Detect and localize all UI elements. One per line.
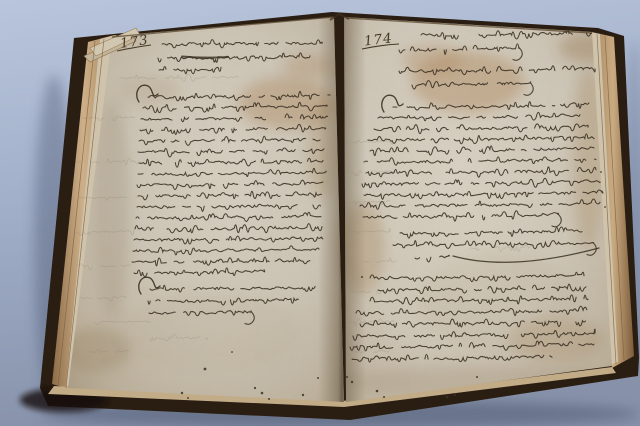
photo-stage: 173 174 [0, 0, 640, 426]
ink-dot [204, 368, 207, 371]
ink-dot [268, 398, 270, 400]
ink-dot [254, 387, 256, 389]
ink-dot [181, 392, 183, 394]
manuscript-photo: 173 174 [0, 0, 640, 426]
ink-dot [231, 351, 233, 353]
ink-dot [302, 394, 304, 396]
ink-dot [454, 394, 456, 396]
ink-dot [261, 392, 264, 395]
ink-dot [600, 171, 602, 173]
strikethrough-mark [182, 57, 228, 58]
ink-dot [317, 377, 319, 379]
ink-dot [187, 397, 189, 399]
ink-dot [351, 381, 353, 383]
stain [120, 76, 180, 104]
stain [120, 292, 300, 372]
ink-dot [604, 206, 606, 208]
ink-dot [361, 276, 363, 278]
ink-dot [476, 376, 478, 378]
ink-dot [446, 396, 449, 399]
ink-dot [346, 376, 348, 378]
ink-dot [383, 396, 385, 398]
ink-dot [376, 390, 379, 393]
